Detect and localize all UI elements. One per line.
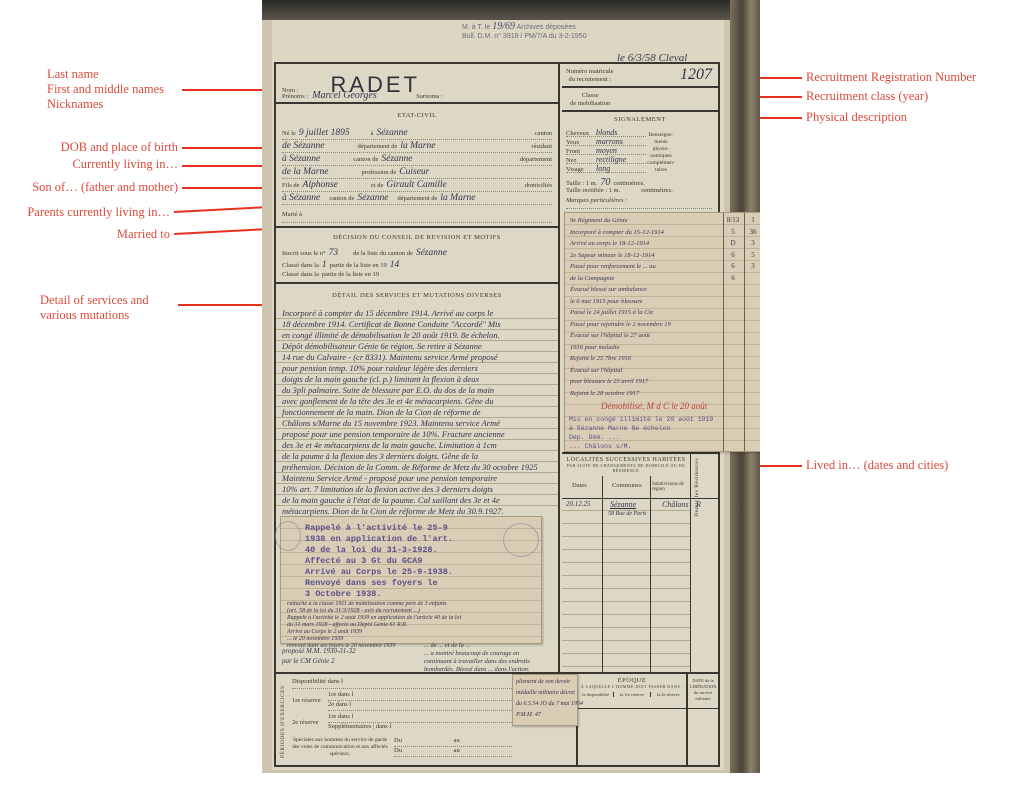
localites-box: LOCALITÉS SUCCESSIVES HABITÉES PAR SUITE… [562,452,718,672]
localites-table: Dates Communes Subdivisions de région Do… [562,476,718,672]
service-line: préhension. Décision de la Comm. de Réfo… [282,462,552,473]
regiment-col-a-cell: 5 [725,227,741,239]
service-line: de la main gauche à l'état de la paume. … [282,495,552,506]
signalement-box: SIGNALEMENT CheveuxblondsYeuxmarronsFron… [562,112,718,207]
service-line: proposé pour une pension temporaire de 1… [282,429,552,440]
birth-date: 9 juillet 1895 [299,128,350,138]
typed-line: Rappelé à l'activité le 25-9 [305,523,453,534]
annotation-last-name: Last name [47,67,99,82]
services-handwritten-text: Incorporé à compter du 15 décembre 1914.… [282,308,552,517]
annotation-reg-number: Recruitment Registration Number [806,70,976,85]
parents-row: Fils de Alphonse et de Girault Camille d… [282,180,552,192]
annotation-services-line2: various mutations [40,308,129,323]
right-column: Numéro matricule du recrutement : 1207 C… [562,64,718,672]
later-line: du 31 mars 1928 - affecté au Dépôt Génie… [287,622,535,629]
annotation-nicknames: Nicknames [47,97,103,112]
scanned-register-page: M. à T. le 19/69 Archives déposées Bull.… [262,0,760,773]
regiment-line: Passé pour rejoindre le 2 novembre 19 [570,319,723,331]
service-line: pour pension temp. 10% pour raideur légè… [282,363,552,374]
service-line: des 3e et 4e métacarpiens de la main gau… [282,440,552,451]
stamp-line: à Sézanne Marne 8e échelon [569,424,713,433]
typed-line: Renvoyé dans ses foyers le [305,578,453,589]
demobilization-stamp: Mis en congé illimité le 20 août 1919à S… [569,415,713,451]
decision-title: DÉCISION DU CONSEIL DE REVISION ET MOTIF… [276,234,558,241]
regiment-line: pour blessure le 23 avril 1917 [570,376,723,388]
birth-place: Sézanne [376,128,407,138]
medal-line: médaille militaire décret [516,688,583,699]
regiment-line: Rejoint le 25 7bre 1916 [570,353,723,365]
typed-line: Arrivé au Corps le 25-9-1938. [305,567,453,578]
service-line: en congé illimité de démobilisation le 2… [282,330,552,341]
birth-row: Né le 9 juillet 1895 à Sézanne canton [282,128,552,140]
regiment-line: Passé pour renforcement le ... au [570,261,723,273]
regiment-col-a-cell: 8/13 [725,215,741,227]
regiment-line: 1916 pour maladie [570,342,723,354]
medal-line: du 6.5.54 JO du 7 mai 1954 [516,699,583,710]
medal-proposal-note: proposé M.M. 1930-31-32par le CM Génie 2 [282,646,412,666]
regiment-line: Évacué sur l'hôpital [570,365,723,377]
arrow-parents-living [174,206,273,213]
service-line: 14 rue du Calvaire - (cr 8331). Maintenu… [282,352,552,363]
annotation-class-year: Recruitment class (year) [806,89,928,104]
arrow-names [182,89,272,91]
service-line: Dépôt démobilisateur Génie 6e région. Se… [282,341,552,352]
first-names-value: Marcel Georges [312,90,412,101]
services-title: DÉTAIL DES SERVICES ET MUTATIONS DIVERSE… [276,292,558,299]
signalement-title: SIGNALEMENT [562,116,718,123]
epoque-table: ÉPOQUE À LAQUELLE L'HOMME DOIT PASSER DA… [576,674,718,767]
regiment-line: Évacué blessé sur ambulance [570,284,723,296]
signalement-row: Nezrectiligne [566,155,646,164]
round-stamp [503,523,539,557]
married-row: Marié à [282,211,552,223]
service-line: de la paume à la flexion des 3 derniers … [282,451,552,462]
demobilized-note: Démobilisé, M d C le 20 août [601,401,707,411]
profession-row: de la Marne profession de Cuiseur [282,167,552,179]
profession: Cuiseur [399,167,429,177]
annotation-son-of: Son of… (father and mother) [0,180,178,195]
regiment-line: de la Compagnie [570,273,723,285]
etat-civil-box: ETAT-CIVIL Né le 9 juillet 1895 à Sézann… [276,104,558,228]
note-line: ... de ... et de la ... [424,642,552,650]
later-line: Rappelé à l'activité le 2 août 1939 en a… [287,615,535,622]
medal-slip: pliement de son devoirmédaille militaire… [512,674,578,726]
annotation-lived-in: Lived in… (dates and cities) [806,458,948,473]
regiment-slip: 9e Régiment du GénieIncorporé à compter … [564,212,760,452]
regiment-line: 2e Sapeur mineur le 18-12-1914 [570,250,723,262]
regiment-col-b-cell: 3 [745,261,760,273]
annotation-married-to: Married to [0,227,170,242]
service-line: avec gonflement de la tête des 3e et 4e … [282,396,552,407]
stamp-line: Mis en congé illimité le 20 août 1919 [569,415,713,424]
arrow-married-to [174,228,273,235]
identity-box: Nom : RADET Prénoms : Marcel Georges Sur… [276,64,558,104]
birth-canton-row: de Sézanne département de la Marne résid… [282,141,552,153]
service-line: doigts de la main gauche (cl. p.) limita… [282,374,552,385]
medal-line: P.M.M. 47 [516,710,583,721]
regiment-line: Évacué sur l'hôpital le 27 août [570,330,723,342]
arrow-services [178,304,272,306]
localite-address: 58 Rue de Paris [608,511,647,517]
reserve-table: Disponibilité dans l 1re réserve 1re dan… [292,678,512,758]
localite-subdivision: Châlons [662,500,689,509]
annotation-first-middle-names: First and middle names [47,82,164,97]
service-line: du 3pli palmaire. Suite de blessure par … [282,385,552,396]
localite-date: 20.12.25 [566,500,591,508]
decision-box: DÉCISION DU CONSEIL DE REVISION ET MOTIF… [276,228,558,284]
annotation-physical: Physical description [806,110,907,125]
regiment-history-text: 9e Régiment du GénieIncorporé à compter … [570,215,723,399]
signalement-row: Visagelong [566,164,646,173]
regiment-col-b-cell: 1 [745,215,760,227]
localite-type: R [696,500,701,509]
stamp-line: Dép. Dém. ... [569,433,713,442]
regiment-line: 9e Régiment du Génie [570,215,723,227]
typed-line: 1938 en application de l'art. [305,534,453,545]
signalement-row: Frontmoyen [566,146,646,155]
localites-subtitle: PAR SUITE DE CHANGEMENTS DE DOMICILE OU … [562,463,690,473]
liberation-date-header: DATE de la LIBÉRATION du service militai… [688,674,718,706]
regiment-line: Rejoint le 28 octobre 1917 [570,388,723,400]
arrow-living-in [182,165,272,167]
service-line: Maintenu Service Armé - proposé pour une… [282,473,552,484]
reserve-footer: PÉRIODES D'EXERCICES Disponibilité dans … [276,672,718,767]
services-box: DÉTAIL DES SERVICES ET MUTATIONS DIVERSE… [276,284,558,672]
typed-line: Affecté au 3 Gt du GCA9 [305,556,453,567]
typed-line: 40 de la loi du 31-3-1928. [305,545,453,556]
regiment-col-a-cell: D [725,238,741,250]
round-stamp [275,521,301,551]
citation-note: ... de ... et de la ... ... a montré bea… [424,642,552,674]
regiment-col-b-cell: 5 [745,250,760,262]
signalement-row: Yeuxmarrons [566,137,646,146]
later-line: (art. 58 de la loi du 31/3/1928 - avis d… [287,608,535,615]
regiment-line: Incorporé à compter du 15-12-1914 [570,227,723,239]
regiment-line: le 6 mai 1915 pour blessure [570,296,723,308]
regiment-col-b-cell: 36 [745,227,760,239]
later-line: rattaché à la classe 1911 de mobilisatio… [287,601,535,608]
note-line: ... a montré beaucoup de courage en [424,650,552,658]
note-line: continuant à travailler dans des endroit… [424,658,552,666]
registration-form: Nom : RADET Prénoms : Marcel Georges Sur… [274,62,720,767]
note-line: par le CM Génie 2 [282,656,412,666]
recall-slip: Rappelé à l'activité le 25-91938 en appl… [280,516,542,644]
annotation-living-in: Currently living in… [0,157,178,172]
typed-recall-text: Rappelé à l'activité le 25-91938 en appl… [305,523,453,600]
residence-row: à Sézanne canton de Sézanne département [282,154,552,166]
etat-civil-title: ETAT-CIVIL [276,112,558,119]
mother-name: Girault Camille [386,180,446,190]
regiment-col-a-cell: 6 [725,250,741,262]
service-line: fonctionnement de la main. Dion de la Ci… [282,407,552,418]
marques-row: Marques particulières : [566,197,712,209]
typed-line: 3 Octobre 1938. [305,589,453,600]
arrow-dob [182,147,272,149]
parents-residence-row: à Sézanne canton de Sézanne département … [282,193,552,205]
matricule-value: 1207 [680,66,712,84]
regiment-col-a-cell: 6 [725,261,741,273]
father-name: Alphonse [303,180,338,190]
regiment-col-b-cell: 3 [745,238,760,250]
service-line: 10% art. 7 limitation de la flexion acti… [282,484,552,495]
localite-commune: Sézanne [610,500,636,509]
service-line: Châlons s/Marne du 15 novembre 1923. Mai… [282,418,552,429]
annotation-parents-living: Parents currently living in… [0,205,170,220]
exercise-periods-label: PÉRIODES D'EXERCICES [280,680,286,764]
archive-stamp: M. à T. le 19/69 Archives déposées Bull.… [462,22,587,41]
annotation-services-line1: Detail of services and [40,293,149,308]
stamp-line: ... Châlons s/M. [569,442,713,451]
annotation-dob: DOB and place of birth [0,140,178,155]
medal-text: pliement de son devoirmédaille militaire… [516,677,583,721]
regiment-col-a-cell: 6 [725,273,741,285]
classe-box: Classe de mobilisation [562,88,718,112]
inscrit-row: Inscrit sous le n° 73 de la liste du can… [282,248,552,260]
left-column: Nom : RADET Prénoms : Marcel Georges Sur… [276,64,560,672]
arrow-son-of [182,187,272,189]
service-line: 18 décembre 1914. Certificat de Bonne Co… [282,319,552,330]
regiment-line: Arrivé au corps le 18-12-1914 [570,238,723,250]
later-line: Arrivé au Corps le 2 août 1939 [287,629,535,636]
service-line: Incorporé à compter du 15 décembre 1914.… [282,308,552,319]
regiment-line: Passé le 24 juillet 1915 à la Cie [570,307,723,319]
medal-line: pliement de son devoir [516,677,583,688]
note-line: proposé M.M. 1930-31-32 [282,646,412,656]
classe2-row: Classé dans la partie de la liste en 19 [282,271,552,283]
matricule-box: Numéro matricule du recrutement : 1207 [562,64,718,88]
signalement-row: Cheveuxblonds [566,128,646,137]
scan-top-shadow [262,0,760,20]
